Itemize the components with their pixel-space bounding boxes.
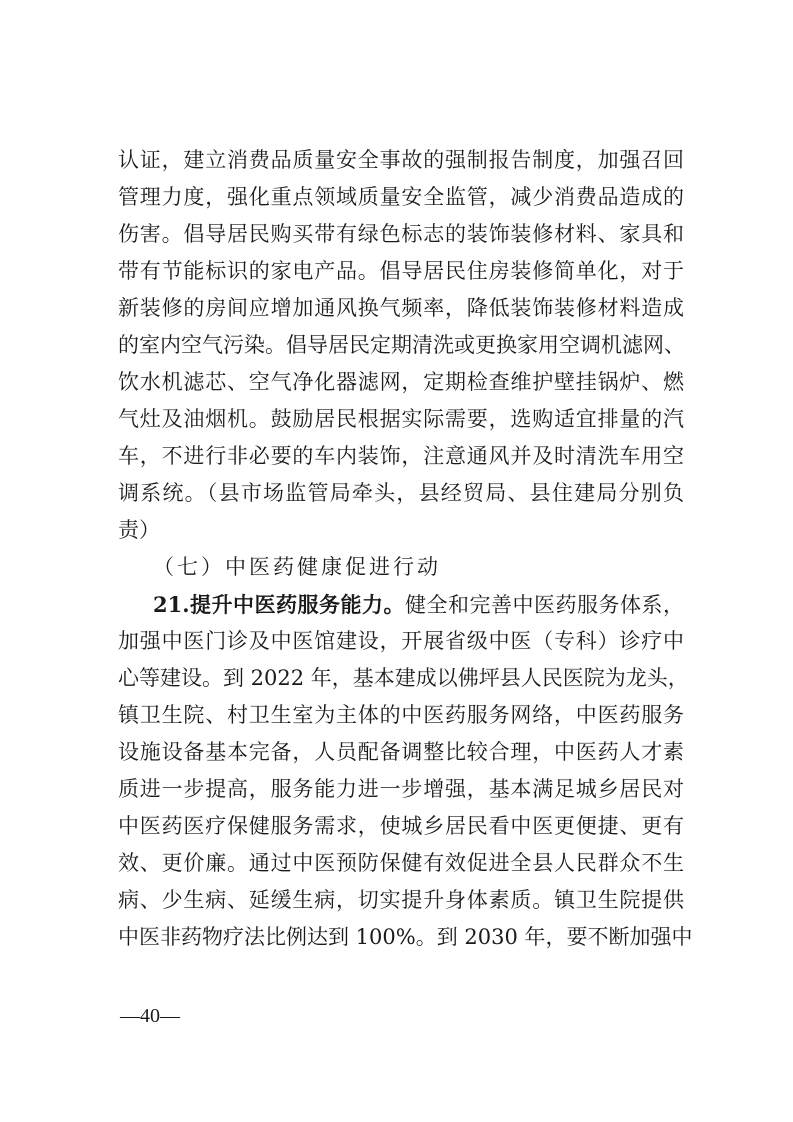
paragraph-line: 调系统。（县市场监管局牵头，县经贸局、县住建局分别负 <box>118 475 684 512</box>
paragraph-line: 伤害。倡导居民购买带有绿色标志的装饰装修材料、家具和 <box>118 216 684 253</box>
paragraph-line: 车，不进行非必要的车内装饰，注意通风并及时清洗车用空 <box>118 438 684 475</box>
paragraph-line: 中医药医疗保健服务需求，使城乡居民看中医更便捷、更有 <box>118 808 684 845</box>
paragraph-line: 中医非药物疗法比例达到 100%。到 2030 年，要不断加强中 <box>118 919 684 956</box>
paragraph-line: 带有节能标识的家电产品。倡导居民住房装修简单化，对于 <box>118 253 684 290</box>
document-page: 认证，建立消费品质量安全事故的强制报告制度，加强召回 管理力度，强化重点领域质量… <box>0 0 793 1122</box>
paragraph-line: 饮水机滤芯、空气净化器滤网，定期检查维护壁挂锅炉、燃 <box>118 364 684 401</box>
paragraph-line: 病、少生病、延缓生病，切实提升身体素质。镇卫生院提供 <box>118 882 684 919</box>
paragraph-line: 质进一步提高，服务能力进一步增强，基本满足城乡居民对 <box>118 771 684 808</box>
section-heading: （七）中医药健康促进行动 <box>153 549 441 586</box>
paragraph-line: 管理力度，强化重点领域质量安全监管，减少消费品造成的 <box>118 179 684 216</box>
paragraph-line: 设施设备基本完备，人员配备调整比较合理，中医药人才素 <box>118 734 684 771</box>
item-21-title: 21.提升中医药服务能力。 <box>153 592 405 617</box>
item-21-first-line: 21.提升中医药服务能力。健全和完善中医药服务体系， <box>153 586 684 623</box>
paragraph-line: 责） <box>118 512 684 549</box>
item-21-first-line-text: 健全和完善中医药服务体系， <box>405 593 684 617</box>
paragraph-line: 心等建设。到 2022 年，基本建成以佛坪县人民医院为龙头， <box>118 660 684 697</box>
paragraph-line: 镇卫生院、村卫生室为主体的中医药服务网络，中医药服务 <box>118 697 684 734</box>
paragraph-line: 效、更价廉。通过中医预防保健有效促进全县人民群众不生 <box>118 845 684 882</box>
page-number: —40— <box>120 1005 180 1028</box>
paragraph-line: 加强中医门诊及中医馆建设，开展省级中医（专科）诊疗中 <box>118 623 684 660</box>
paragraph-line: 新装修的房间应增加通风换气频率，降低装饰装修材料造成 <box>118 290 684 327</box>
paragraph-line: 认证，建立消费品质量安全事故的强制报告制度，加强召回 <box>118 142 684 179</box>
paragraph-line: 的室内空气污染。倡导居民定期清洗或更换家用空调机滤网、 <box>118 327 684 364</box>
paragraph-line: 气灶及油烟机。鼓励居民根据实际需要，选购适宜排量的汽 <box>118 401 684 438</box>
